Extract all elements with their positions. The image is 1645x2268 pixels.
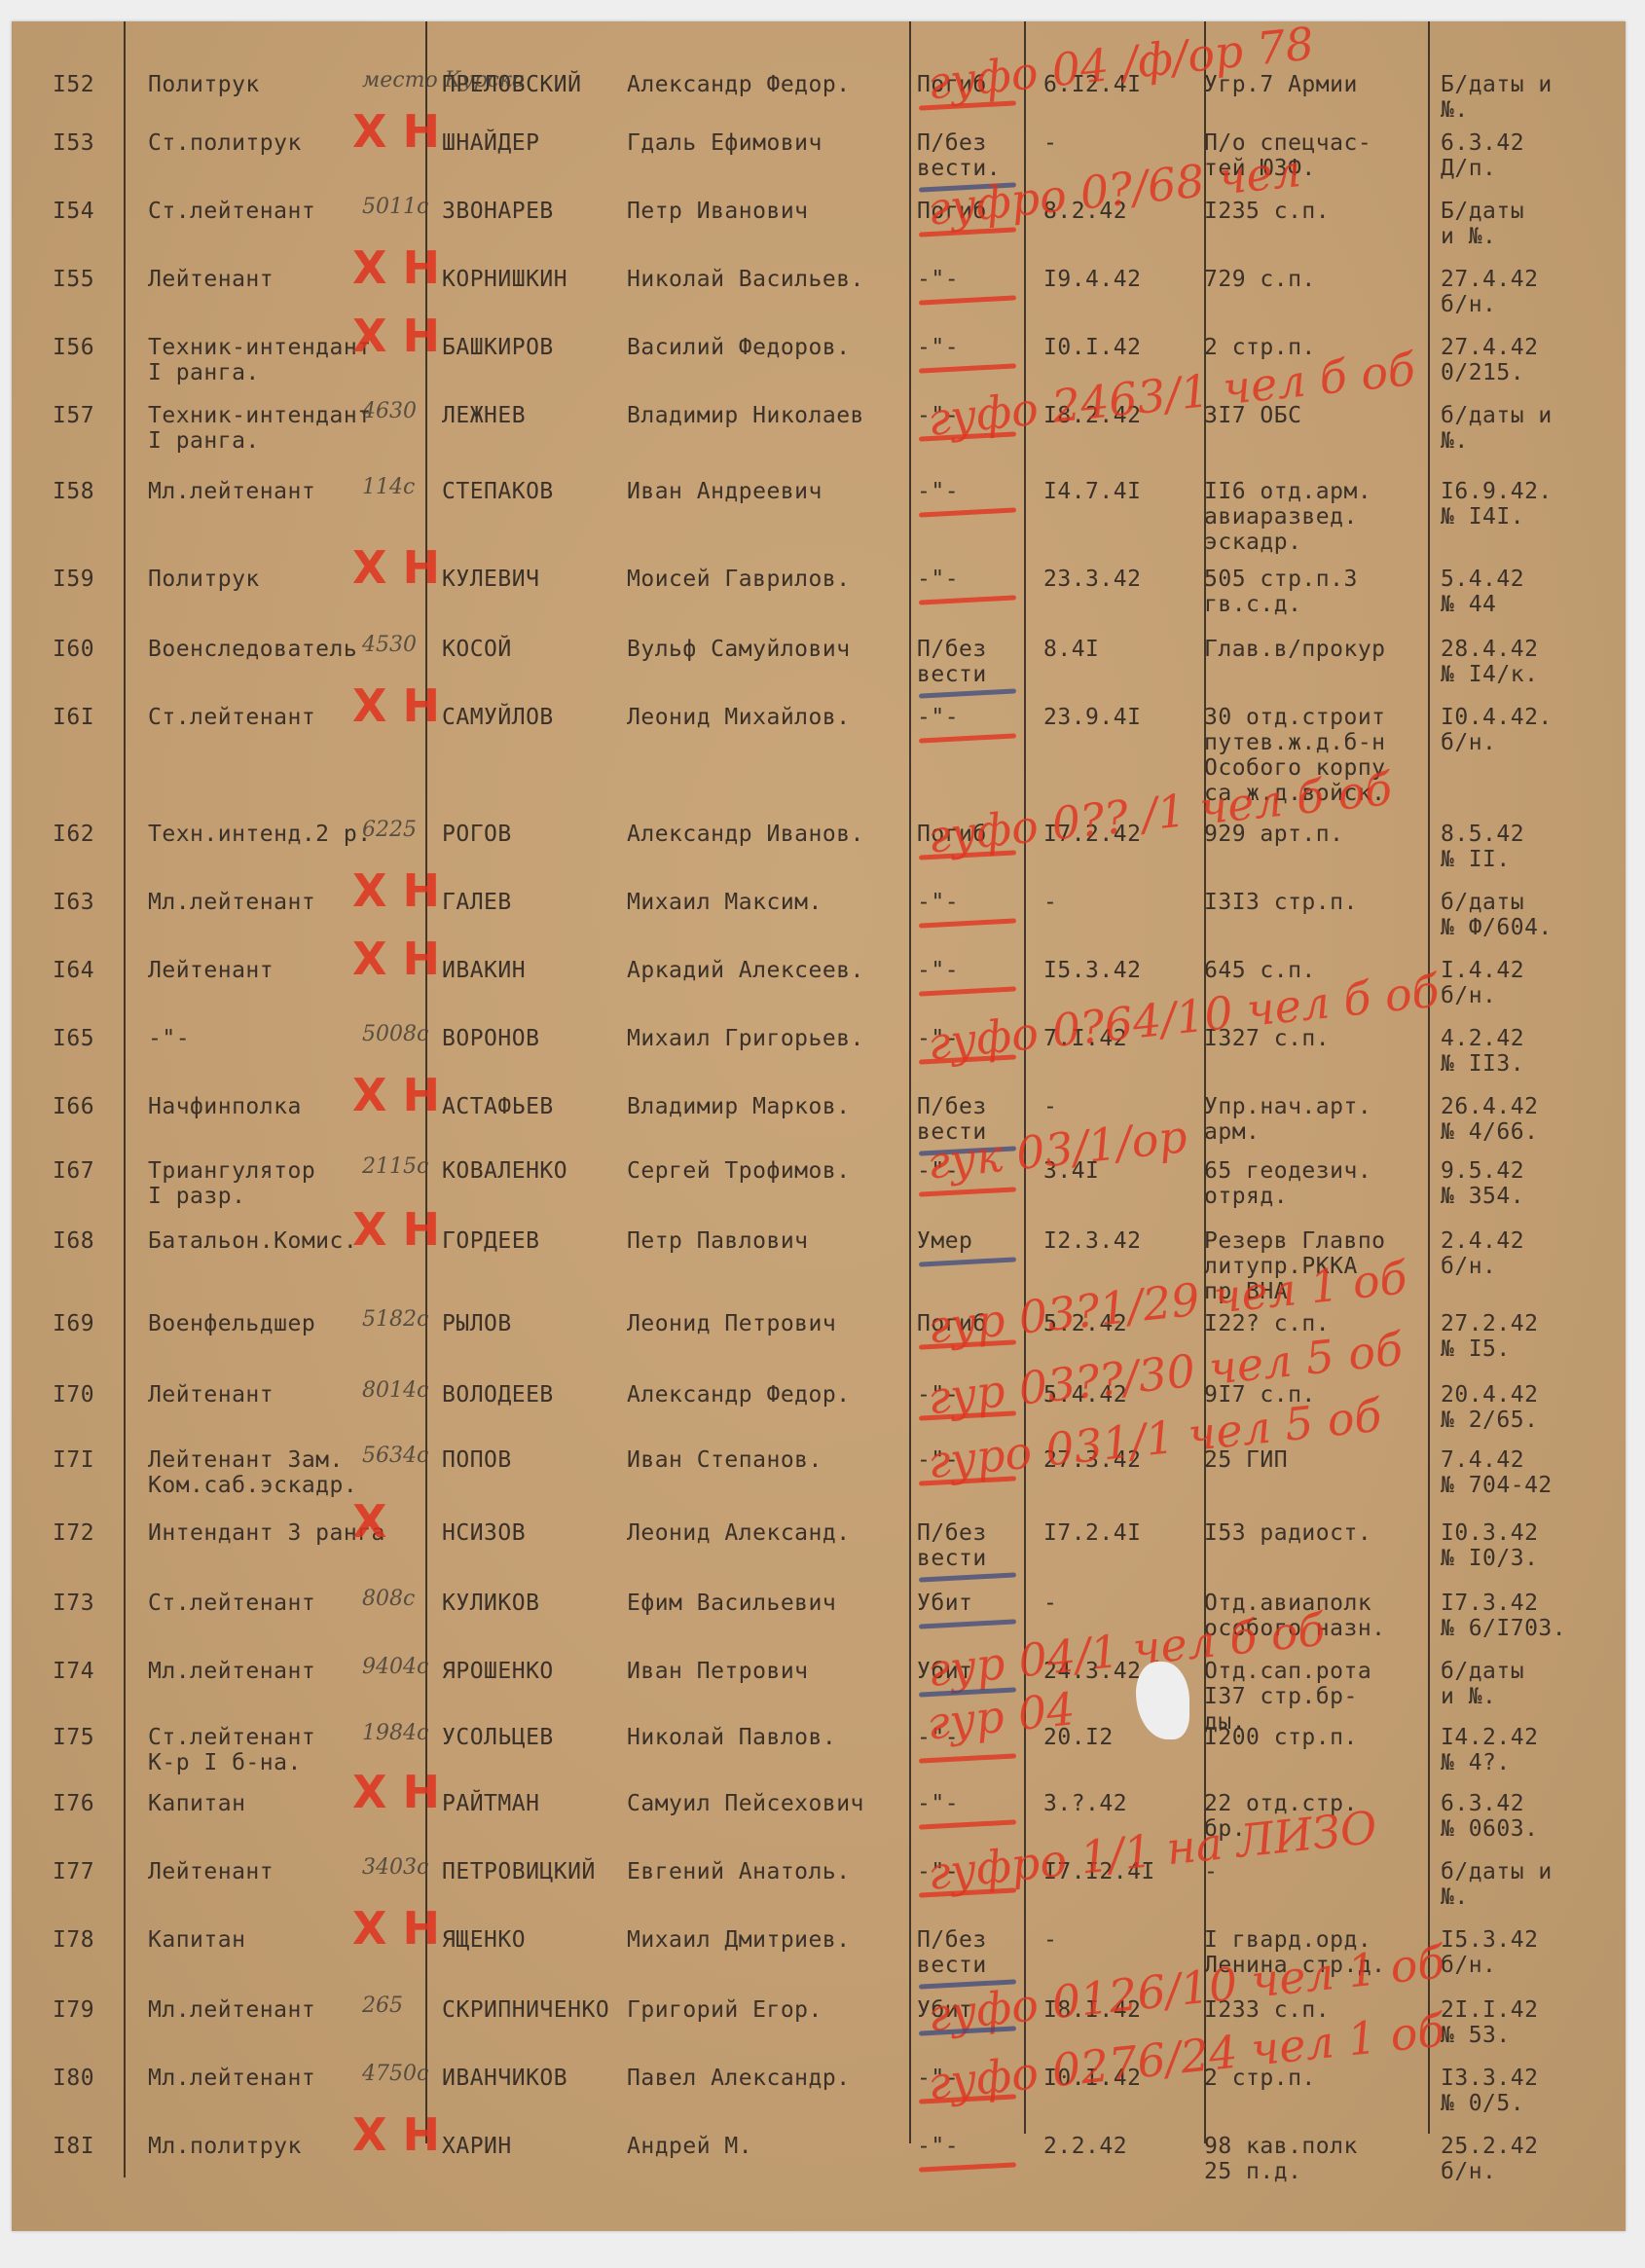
cell-unit: I3I3 стр.п. xyxy=(1204,890,1423,915)
fate-underline xyxy=(919,1257,1016,1266)
red-cross-mark-icon: Х Н xyxy=(352,946,440,971)
cell-date: I8.I.42 xyxy=(1043,1997,1189,2023)
pencil-annotation: 4630 xyxy=(362,399,417,424)
cell-unit: Угр.7 Армии xyxy=(1204,72,1423,97)
pencil-annotation: 4750с xyxy=(362,2062,428,2087)
cell-date: - xyxy=(1043,890,1189,915)
cell-num: I78 xyxy=(53,1927,121,1953)
cell-num: I55 xyxy=(53,267,121,292)
cell-fate: Погиб xyxy=(917,72,1024,97)
cell-date: I4.7.4I xyxy=(1043,479,1189,504)
cell-surname: КУЛИКОВ xyxy=(442,1591,627,1616)
cell-name: Самуил Пейсехович xyxy=(627,1791,919,1816)
fate-underline xyxy=(919,2094,1016,2103)
cell-surname: ИВАКИН xyxy=(442,958,627,983)
cell-date: 3.4I xyxy=(1043,1158,1189,1184)
red-cross-mark-icon: Х Н xyxy=(352,693,440,718)
cell-surname: КОВАЛЕНКО xyxy=(442,1158,627,1184)
cell-fate: -"- xyxy=(917,1725,1024,1750)
cell-date: 2.2.42 xyxy=(1043,2134,1189,2159)
cell-unit: 645 с.п. xyxy=(1204,958,1423,983)
cell-date: - xyxy=(1043,1094,1189,1119)
fate-underline xyxy=(919,1619,1016,1628)
cell-name: Василий Федоров. xyxy=(627,335,919,360)
fate-underline xyxy=(919,1887,1016,1897)
cell-order: б/даты № Ф/604. xyxy=(1441,890,1616,940)
cell-order: 26.4.42 № 4/66. xyxy=(1441,1094,1616,1145)
cell-fate: Погиб xyxy=(917,1311,1024,1336)
pencil-annotation: 6225 xyxy=(362,818,417,843)
cell-fate: -"- xyxy=(917,335,1024,360)
cell-unit: 30 отд.строит путев.ж.д.б-н Особого корп… xyxy=(1204,705,1423,806)
fate-underline xyxy=(919,1687,1016,1697)
cell-fate: -"- xyxy=(917,1382,1024,1408)
cell-rank: Интендант 3 ранга xyxy=(148,1520,430,1546)
cell-fate: -"- xyxy=(917,1447,1024,1473)
cell-unit: Отд.авиаполк особого назн. xyxy=(1204,1591,1423,1641)
fate-underline xyxy=(919,2162,1016,2172)
cell-num: I76 xyxy=(53,1791,121,1816)
cell-date: - xyxy=(1043,130,1189,156)
document-page: I52ПолитрукПРЕЛОВСКИЙАлександр Федор.Пог… xyxy=(12,21,1626,2231)
cell-order: б/даты и №. xyxy=(1441,1859,1616,1910)
cell-fate: -"- xyxy=(917,705,1024,730)
cell-unit: I53 радиост. xyxy=(1204,1520,1423,1546)
cell-fate: -"- xyxy=(917,890,1024,915)
cell-surname: СТЕПАКОВ xyxy=(442,479,627,504)
cell-order: I6.9.42. № I4I. xyxy=(1441,479,1616,530)
cell-num: I52 xyxy=(53,72,121,97)
cell-surname: ВОРОНОВ xyxy=(442,1026,627,1051)
column-divider xyxy=(1024,21,1026,2134)
cell-date: 5.4.42 xyxy=(1043,1382,1189,1408)
fate-underline xyxy=(919,2026,1016,2035)
red-cross-mark-icon: Х Н xyxy=(352,119,440,144)
cell-order: 2I.I.42 № 53. xyxy=(1441,1997,1616,2048)
cell-order: 27.4.42 0/215. xyxy=(1441,335,1616,385)
cell-name: Гдаль Ефимович xyxy=(627,130,919,156)
cell-name: Александр Федор. xyxy=(627,72,919,97)
fate-underline xyxy=(919,918,1016,928)
cell-num: I62 xyxy=(53,822,121,847)
cell-fate: Погиб xyxy=(917,199,1024,224)
cell-surname: СКРИПНИЧЕНКО xyxy=(442,1997,627,2023)
cell-fate: -"- xyxy=(917,479,1024,504)
cell-fate: -"- xyxy=(917,403,1024,428)
cell-unit: I22? с.п. xyxy=(1204,1311,1423,1336)
cell-name: Николай Павлов. xyxy=(627,1725,919,1750)
cell-order: 6.3.42 № 0603. xyxy=(1441,1791,1616,1842)
cell-name: Петр Иванович xyxy=(627,199,919,224)
cell-unit: Отд.сап.рота I37 стр.бр- ды. xyxy=(1204,1659,1423,1735)
cell-order: I5.3.42 б/н. xyxy=(1441,1927,1616,1978)
cell-num: I67 xyxy=(53,1158,121,1184)
cell-date: I0.I.42 xyxy=(1043,2066,1189,2091)
cell-date: 27.3.42 xyxy=(1043,1447,1189,1473)
fate-underline xyxy=(919,227,1016,237)
fate-underline xyxy=(919,1146,1016,1155)
pencil-annotation: 265 xyxy=(362,1994,403,2019)
cell-unit: I233 с.п. xyxy=(1204,1997,1423,2023)
cell-date: 6.I2.4I xyxy=(1043,72,1189,97)
cell-name: Михаил Дмитриев. xyxy=(627,1927,919,1953)
cell-fate: П/без вести xyxy=(917,1927,1024,1978)
cell-num: I66 xyxy=(53,1094,121,1119)
red-cross-mark-icon: Х Н xyxy=(352,323,440,348)
cell-fate: П/без вести xyxy=(917,1520,1024,1571)
cell-unit: 9I7 с.п. xyxy=(1204,1382,1423,1408)
cell-surname: САМУЙЛОВ xyxy=(442,705,627,730)
cell-surname: ВОЛОДЕЕВ xyxy=(442,1382,627,1408)
cell-unit: 25 ГИП xyxy=(1204,1447,1423,1473)
cell-fate: Умер xyxy=(917,1228,1024,1254)
cell-date: 23.9.4I xyxy=(1043,705,1189,730)
cell-order: 9.5.42 № 354. xyxy=(1441,1158,1616,1209)
fate-underline xyxy=(919,363,1016,373)
pencil-annotation: 4530 xyxy=(362,633,417,658)
cell-order: 2.4.42 б/н. xyxy=(1441,1228,1616,1279)
cell-num: I8I xyxy=(53,2134,121,2159)
cell-surname: РОГОВ xyxy=(442,822,627,847)
cell-num: I63 xyxy=(53,890,121,915)
cell-name: Михаил Григорьев. xyxy=(627,1026,919,1051)
red-cross-mark-icon: Х Н xyxy=(352,1217,440,1242)
cell-name: Леонид Михайлов. xyxy=(627,705,919,730)
cell-fate: Убит xyxy=(917,1997,1024,2023)
cell-unit: - xyxy=(1204,1859,1423,1884)
cell-surname: ПЕТРОВИЦКИЙ xyxy=(442,1859,627,1884)
cell-date: I8.2.42 xyxy=(1043,403,1189,428)
cell-unit: Глав.в/прокур xyxy=(1204,637,1423,662)
fate-underline xyxy=(919,1819,1016,1829)
pencil-annotation: 808с xyxy=(362,1587,415,1612)
pencil-annotation: 5008с xyxy=(362,1022,428,1047)
cell-fate: Убит xyxy=(917,1591,1024,1616)
pencil-annotation: 5634с xyxy=(362,1444,428,1469)
fate-underline xyxy=(919,688,1016,698)
cell-fate: П/без вести. xyxy=(917,130,1024,181)
cell-name: Сергей Трофимов. xyxy=(627,1158,919,1184)
pencil-annotation: 9404с xyxy=(362,1655,428,1680)
red-cross-mark-icon: Х Н xyxy=(352,555,440,580)
cell-surname: ЗВОНАРЕВ xyxy=(442,199,627,224)
cell-name: Леонид Петрович xyxy=(627,1311,919,1336)
cell-date: - xyxy=(1043,1927,1189,1953)
cell-surname: АСТАФЬЕВ xyxy=(442,1094,627,1119)
fate-underline xyxy=(919,850,1016,860)
red-cross-mark-icon: Х Н xyxy=(352,255,440,280)
cell-unit: I327 с.п. xyxy=(1204,1026,1423,1051)
cell-fate: -"- xyxy=(917,2134,1024,2159)
cell-num: I57 xyxy=(53,403,121,428)
cell-name: Петр Павлович xyxy=(627,1228,919,1254)
cell-name: Александр Федор. xyxy=(627,1382,919,1408)
cell-date: I0.I.42 xyxy=(1043,335,1189,360)
cell-name: Владимир Николаев xyxy=(627,403,919,428)
cell-surname: КОРНИШКИН xyxy=(442,267,627,292)
fate-underline xyxy=(919,1753,1016,1763)
cell-name: Михаил Максим. xyxy=(627,890,919,915)
cell-unit: I гвард.орд. Ленина стр.д. xyxy=(1204,1927,1423,1978)
cell-order: I3.3.42 № 0/5. xyxy=(1441,2066,1616,2116)
cell-num: I72 xyxy=(53,1520,121,1546)
fate-underline xyxy=(919,1410,1016,1420)
pencil-annotation: место Курска xyxy=(362,68,525,93)
cell-surname: ГОРДЕЕВ xyxy=(442,1228,627,1254)
cell-date: I2.3.42 xyxy=(1043,1228,1189,1254)
red-cross-mark-icon: Х Н xyxy=(352,2122,440,2147)
cell-num: I74 xyxy=(53,1659,121,1684)
red-cross-mark-icon: Х Н xyxy=(352,1082,440,1108)
cell-unit: I235 с.п. xyxy=(1204,199,1423,224)
cell-surname: КУЛЕВИЧ xyxy=(442,567,627,592)
column-divider xyxy=(124,21,126,2177)
cell-num: I75 xyxy=(53,1725,121,1750)
cell-num: I59 xyxy=(53,567,121,592)
cell-fate: -"- xyxy=(917,1859,1024,1884)
cell-fate: Убит xyxy=(917,1659,1024,1684)
cell-date: 23.3.42 xyxy=(1043,567,1189,592)
cell-num: I60 xyxy=(53,637,121,662)
cell-order: 25.2.42 б/н. xyxy=(1441,2134,1616,2184)
cell-surname: ИВАНЧИКОВ xyxy=(442,2066,627,2091)
fate-underline xyxy=(919,1187,1016,1196)
cell-num: I70 xyxy=(53,1382,121,1408)
cell-order: 27.4.42 б/н. xyxy=(1441,267,1616,317)
cell-name: Николай Васильев. xyxy=(627,267,919,292)
cell-date: I7.2.42 xyxy=(1043,822,1189,847)
fate-underline xyxy=(919,595,1016,604)
cell-order: I4.2.42 № 4?. xyxy=(1441,1725,1616,1775)
cell-fate: П/без вести xyxy=(917,637,1024,687)
cell-order: 6.3.42 Д/п. xyxy=(1441,130,1616,181)
cell-fate: Погиб xyxy=(917,822,1024,847)
fate-underline xyxy=(919,1476,1016,1485)
cell-order: 7.4.42 № 704-42 xyxy=(1441,1447,1616,1498)
cell-order: I.4.42 б/н. xyxy=(1441,958,1616,1008)
cell-surname: ЛЕЖНЕВ xyxy=(442,403,627,428)
cell-name: Владимир Марков. xyxy=(627,1094,919,1119)
cell-name: Александр Иванов. xyxy=(627,822,919,847)
red-cross-mark-icon: Х xyxy=(352,1509,386,1534)
cell-order: I0.4.42. б/н. xyxy=(1441,705,1616,755)
cell-name: Ефим Васильевич xyxy=(627,1591,919,1616)
cell-num: I7I xyxy=(53,1447,121,1473)
cell-num: I58 xyxy=(53,479,121,504)
cell-unit: 2 стр.п. xyxy=(1204,335,1423,360)
cell-date: I7.2.4I xyxy=(1043,1520,1189,1546)
cell-date: - xyxy=(1043,1591,1189,1616)
cell-num: I56 xyxy=(53,335,121,360)
cell-order: б/даты и №. xyxy=(1441,1659,1616,1709)
cell-date: I5.3.42 xyxy=(1043,958,1189,983)
cell-date: 8.4I xyxy=(1043,637,1189,662)
cell-fate: -"- xyxy=(917,1026,1024,1051)
cell-date: 8.2.42 xyxy=(1043,199,1189,224)
fate-underline xyxy=(919,986,1016,996)
cell-surname: КОСОЙ xyxy=(442,637,627,662)
cell-date: 7.I.42 xyxy=(1043,1026,1189,1051)
cell-num: I79 xyxy=(53,1997,121,2023)
cell-name: Павел Александр. xyxy=(627,2066,919,2091)
cell-surname: ГАЛЕВ xyxy=(442,890,627,915)
cell-fate: -"- xyxy=(917,1158,1024,1184)
fate-underline xyxy=(919,1979,1016,1989)
cell-num: I80 xyxy=(53,2066,121,2091)
cell-fate: -"- xyxy=(917,567,1024,592)
cell-name: Вульф Самуйлович xyxy=(627,637,919,662)
cell-fate: П/без вести xyxy=(917,1094,1024,1145)
cell-name: Иван Степанов. xyxy=(627,1447,919,1473)
cell-order: Б/даты и №. xyxy=(1441,72,1616,123)
cell-order: 8.5.42 № II. xyxy=(1441,822,1616,872)
cell-unit: Упр.нач.арт. арм. xyxy=(1204,1094,1423,1145)
column-divider xyxy=(1428,21,1430,2134)
cell-name: Иван Андреевич xyxy=(627,479,919,504)
cell-order: 20.4.42 № 2/65. xyxy=(1441,1382,1616,1433)
cell-name: Андрей М. xyxy=(627,2134,919,2159)
red-cross-mark-icon: Х Н xyxy=(352,878,440,903)
cell-name: Евгений Анатоль. xyxy=(627,1859,919,1884)
cell-fate: -"- xyxy=(917,267,1024,292)
cell-unit: 505 стр.п.3 гв.с.д. xyxy=(1204,567,1423,617)
pencil-annotation: 2115с xyxy=(362,1154,428,1180)
cell-name: Моисей Гаврилов. xyxy=(627,567,919,592)
cell-fate: -"- xyxy=(917,958,1024,983)
cell-surname: ХАРИН xyxy=(442,2134,627,2159)
cell-order: б/даты и №. xyxy=(1441,403,1616,454)
fate-underline xyxy=(919,295,1016,305)
cell-fate: -"- xyxy=(917,1791,1024,1816)
cell-num: I77 xyxy=(53,1859,121,1884)
pencil-annotation: 114с xyxy=(362,475,415,500)
cell-order: I0.3.42 № I0/3. xyxy=(1441,1520,1616,1571)
pencil-annotation: 1984с xyxy=(362,1721,428,1746)
fate-underline xyxy=(919,1339,1016,1349)
cell-surname: РАЙТМАН xyxy=(442,1791,627,1816)
red-cross-mark-icon: Х Н xyxy=(352,1916,440,1941)
pencil-annotation: 5011с xyxy=(362,195,428,220)
cell-order: 27.2.42 № I5. xyxy=(1441,1311,1616,1362)
fate-underline xyxy=(919,182,1016,192)
pencil-annotation: 5182с xyxy=(362,1307,428,1333)
fate-underline xyxy=(919,507,1016,517)
cell-num: I69 xyxy=(53,1311,121,1336)
pencil-annotation: 3403с xyxy=(362,1855,428,1881)
pencil-annotation: 8014с xyxy=(362,1378,428,1404)
cell-date: I7.I2.4I xyxy=(1043,1859,1189,1884)
cell-name: Григорий Егор. xyxy=(627,1997,919,2023)
cell-name: Аркадий Алексеев. xyxy=(627,958,919,983)
cell-unit: 65 геодезич. отряд. xyxy=(1204,1158,1423,1209)
cell-num: I53 xyxy=(53,130,121,156)
cell-surname: ПОПОВ xyxy=(442,1447,627,1473)
cell-unit: Резерв Главпо литупр.РККА пр ВНА xyxy=(1204,1228,1423,1304)
cell-surname: РЫЛОВ xyxy=(442,1311,627,1336)
cell-name: Иван Петрович xyxy=(627,1659,919,1684)
cell-surname: НСИЗОВ xyxy=(442,1520,627,1546)
cell-unit: 3I7 ОБС xyxy=(1204,403,1423,428)
cell-unit: 929 арт.п. xyxy=(1204,822,1423,847)
red-cross-mark-icon: Х Н xyxy=(352,1779,440,1805)
cell-unit: 2 стр.п. xyxy=(1204,2066,1423,2091)
cell-order: Б/даты и №. xyxy=(1441,199,1616,249)
cell-fate: -"- xyxy=(917,2066,1024,2091)
cell-surname: ЯРОШЕНКО xyxy=(442,1659,627,1684)
cell-unit: 98 кав.полк 25 п.д. xyxy=(1204,2134,1423,2184)
cell-unit: I200 стр.п. xyxy=(1204,1725,1423,1750)
cell-num: I65 xyxy=(53,1026,121,1051)
cell-order: 28.4.42 № I4/к. xyxy=(1441,637,1616,687)
fate-underline xyxy=(919,1054,1016,1064)
cell-surname: УСОЛЬЦЕВ xyxy=(442,1725,627,1750)
cell-order: 4.2.42 № II3. xyxy=(1441,1026,1616,1077)
fate-underline xyxy=(919,733,1016,743)
cell-date: 3.?.42 xyxy=(1043,1791,1189,1816)
cell-surname: ЯЩЕНКО xyxy=(442,1927,627,1953)
cell-order: 5.4.42 № 44 xyxy=(1441,567,1616,617)
cell-unit: II6 отд.арм. авиаразвед. эскадр. xyxy=(1204,479,1423,555)
cell-num: I64 xyxy=(53,958,121,983)
cell-date: 5.2.42 xyxy=(1043,1311,1189,1336)
cell-date: I9.4.42 xyxy=(1043,267,1189,292)
cell-surname: ШНАЙДЕР xyxy=(442,130,627,156)
cell-surname: БАШКИРОВ xyxy=(442,335,627,360)
cell-unit: 729 с.п. xyxy=(1204,267,1423,292)
cell-num: I54 xyxy=(53,199,121,224)
cell-name: Леонид Александ. xyxy=(627,1520,919,1546)
cell-num: I6I xyxy=(53,705,121,730)
fate-underline xyxy=(919,100,1016,110)
fate-underline xyxy=(919,1572,1016,1582)
cell-unit: 22 отд.стр. бр. xyxy=(1204,1791,1423,1842)
cell-order: I7.3.42 № 6/I703. xyxy=(1441,1591,1616,1641)
cell-num: I68 xyxy=(53,1228,121,1254)
cell-unit: П/о спецчас- тей ЮЗФ. xyxy=(1204,130,1423,181)
fate-underline xyxy=(919,431,1016,441)
cell-num: I73 xyxy=(53,1591,121,1616)
